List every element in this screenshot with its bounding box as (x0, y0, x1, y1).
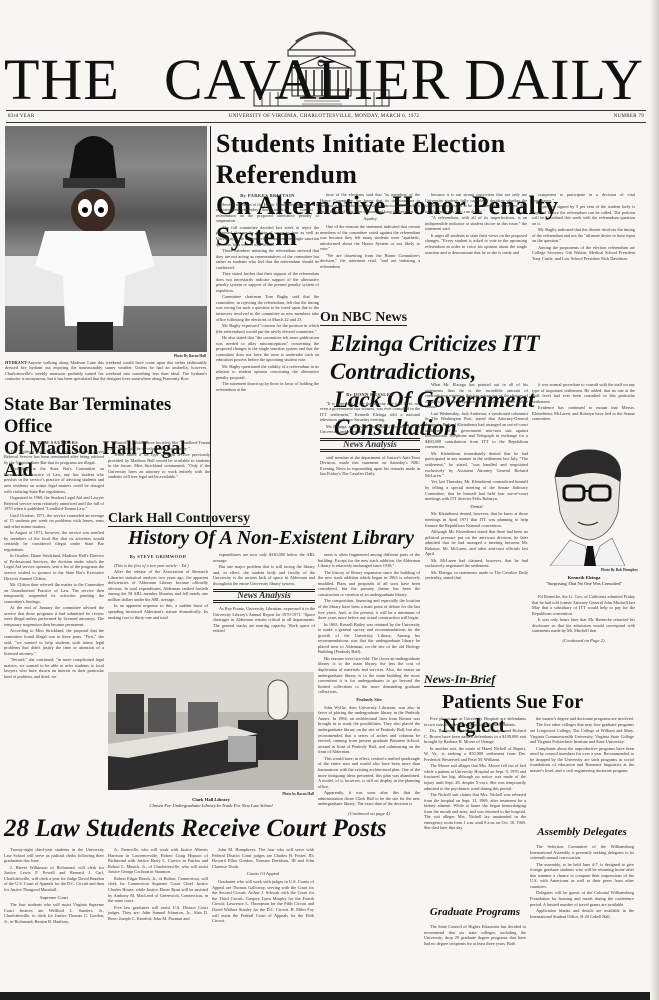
paragraph: expenditures are now only $330,000 below… (213, 552, 315, 563)
itt-col2: What Mr. Elzinga has pointed out in all … (425, 382, 528, 582)
legal-aid-col2: wanted to publish more booklets like "La… (108, 440, 210, 481)
itt-subhead-denial: Denial (425, 504, 528, 510)
paragraph: According to the State Bar's Committee o… (4, 466, 104, 494)
caption-text: Anyone walking along Madison Lane this w… (5, 360, 207, 381)
paragraph: Mr. Kleindienst denied, however, that he… (425, 511, 528, 528)
paragraph: Mr. Clifton then referred the matter to … (4, 582, 104, 604)
paragraph: Organized in 1969, the Student Legal Aid… (4, 495, 104, 512)
masthead: THE CAVALIER DAILY 83rd YEAR UNIVERSITY … (0, 0, 659, 122)
itt-col1: By DONN KESSLER "It is surprising to me … (320, 390, 420, 478)
paragraph: Committee chairman Tom Bagby said that t… (216, 294, 319, 322)
paragraph: the master's degree and doctorate progra… (530, 716, 634, 722)
paragraph: The Madison Hall Student Legal Aid and L… (4, 449, 104, 466)
paragraph: The Moore suit alleges that Mrs. Moore f… (424, 763, 526, 791)
paragraph: As Ray Frantz, University Librarian, exp… (213, 606, 315, 634)
honor-col4: competent to participate in a decision o… (532, 192, 635, 262)
paragraph: Mr. Bagby indicated that the dissent inv… (532, 227, 635, 244)
clark-hall-library-photo (108, 672, 314, 790)
paragraph: Robert Edgar Beach, Jr., of Bolton, Conn… (108, 876, 208, 904)
issue-number: NUMBER 79 (614, 114, 644, 119)
paragraph: Those members initiating the referendum … (216, 248, 319, 270)
paragraph: Mr. Elzinga, in statements made to The C… (425, 570, 528, 581)
paragraph: The history of library expansion since t… (318, 570, 420, 598)
honor-col1: By PARKES BRITTAIN Several members of th… (216, 191, 319, 409)
hydrant-photo-credit: Photo By Bacon Hall (150, 354, 206, 358)
paragraph: Mr. Bagby questioned the validity of a r… (216, 364, 319, 381)
itt-kicker: On NBC News (320, 310, 407, 326)
library-col3: areas is often fragmented among differen… (318, 552, 420, 984)
paragraph: "It is surprising to me that no one at a… (320, 401, 420, 423)
hydrant-photo (5, 126, 207, 352)
itt-col3b: Ed Reinecke, the Lt. Gov. of California … (532, 594, 635, 644)
paragraph: John M. Humphreys. The four who will ser… (212, 847, 314, 869)
paragraph: Five physicians at University Hospital a… (424, 716, 526, 727)
legal-aid-col1: By TOM SAUNDERS The Madison Hall Student… (4, 438, 104, 770)
paragraph: He also stated that "the committee felt … (216, 335, 319, 363)
court-headline: 28 Law Students Receive Court Posts (4, 814, 316, 844)
paragraph: wanted to publish more booklets like "La… (108, 440, 210, 451)
page-bottom-edge (0, 992, 659, 1000)
honor-col2: time of the elections said that "as memb… (320, 192, 420, 270)
paragraph: staff member at the department of Justic… (320, 455, 420, 477)
paragraph: The assembly, to be held June 4-7, is de… (530, 862, 634, 890)
itt-byline: By DONN KESSLER (320, 392, 420, 398)
paragraph: It urges all students to state their vie… (425, 233, 527, 255)
paragraph: Application blanks and details are avail… (530, 908, 634, 919)
paragraph: After the release of the Association of … (108, 569, 208, 603)
title-cavalier: CAVALIER (164, 50, 450, 110)
title-the: THE (4, 50, 120, 110)
paragraph: Although Mr. Kleindienst stated that the… (425, 529, 528, 557)
itt-news-analysis-label: News Analysis (320, 438, 420, 452)
paragraph: The five other colleges that may lose gr… (530, 722, 634, 744)
paragraph: Among the proponents of the election ref… (532, 245, 635, 262)
paragraph: The Nickell suit claims that Mrs. Nickel… (424, 792, 526, 831)
paragraph: John Wyllie, then University Librarian, … (318, 705, 420, 755)
paragraph: The four students who will assist Virgin… (4, 902, 104, 924)
itt-continued-link[interactable]: (Continued on Page 2) (532, 638, 635, 644)
paragraph: Mr. Elzinga, an assistant professor of e… (320, 424, 420, 435)
library-photo-credit: Photo by Bacon Hall (260, 792, 314, 796)
paragraph: In an apparent response to this, a sudde… (108, 603, 208, 620)
paragraph: Jr., Farmville, who will work with Justi… (108, 847, 208, 875)
paragraph: Ed Reinecke, the Lt. Gov. of California … (532, 594, 635, 616)
paragraph: "We are dissenting from the Honor Commit… (320, 253, 420, 270)
newspaper-title: THE CAVALIER DAILY (4, 50, 644, 110)
paragraph: In August of 1971, however, the service … (4, 530, 104, 552)
paragraph: According to Miss Strickland, the propos… (4, 628, 104, 656)
paragraph: Last Wednesday, Jack Anderson, a syndica… (425, 411, 528, 450)
paragraph: Five law graduates will assist U.S. Dist… (108, 905, 208, 922)
paragraph: Drs. Benjamin Lipton, Leslie E. Rudolph,… (424, 728, 526, 745)
paragraph: it was normal procedure to consult with … (532, 382, 635, 404)
paragraph: Twenty-eight third-year students in the … (4, 847, 104, 864)
library-col1: By STEVE GRIMWOOD (This is the first of … (108, 552, 208, 621)
court-col3: John M. Humphreys. The four who will ser… (212, 847, 314, 925)
elzinga-portrait (540, 442, 635, 566)
library-byline: By STEVE GRIMWOOD (108, 554, 208, 560)
newspaper-page: THE CAVALIER DAILY 83rd YEAR UNIVERSITY … (0, 0, 659, 1000)
library-headline: History Of A Non-Existent Library (128, 526, 418, 550)
honor-col3: because it is our strong conviction that… (425, 192, 527, 256)
paragraph: They stated further that their support o… (216, 271, 319, 293)
paragraph: The full committee decided last week to … (216, 225, 319, 247)
paragraph: Mr. McLaren had claimed, however, that h… (425, 558, 528, 569)
paragraph: A petition signed by 5 per cent of the s… (532, 204, 635, 226)
paragraph: At the end of January the committee advi… (4, 605, 104, 627)
paragraph: What Mr. Elzinga has pointed out in all … (425, 382, 528, 410)
paragraph: But one major problem that is still faci… (213, 564, 315, 586)
court-subhead-supreme: Supreme Court (4, 895, 104, 901)
paragraph: Mr. Kleindienst immediately denied that … (425, 451, 528, 479)
court-col1: Twenty-eight third-year students in the … (4, 847, 104, 987)
paragraph: The statement drawn up by those in favor… (216, 381, 319, 392)
paragraph: time of the elections said that "as memb… (320, 192, 420, 214)
volume-label: 83rd YEAR (8, 114, 35, 119)
paragraph: Complaints about the unproductive progra… (530, 746, 634, 774)
paragraph: Apparently, it was soon after this that … (318, 790, 420, 807)
grad-col1: The State Council of Higher Education ha… (424, 924, 526, 947)
court-subhead-appeal: Courts Of Appeal (212, 871, 314, 877)
paragraph: "A referendum, with all of its imperfect… (425, 215, 527, 232)
library-caption-block: Clark Hall Library Chosen For Undergradu… (108, 797, 314, 809)
dateline: UNIVERSITY OF VIRGINIA, CHARLOTTESVILLE,… (229, 114, 419, 119)
court-col2: Jr., Farmville, who will work with Justi… (108, 847, 208, 922)
dateline-bar: 83rd YEAR UNIVERSITY OF VIRGINIA, CHARLO… (6, 110, 646, 123)
paragraph: The composition, financing and especiall… (318, 598, 420, 620)
paragraph: Yet, last Thursday, Mr. Kleindienst cont… (425, 479, 528, 501)
paragraph: The Selection Committee of the Williamsb… (530, 844, 634, 861)
paragraph: J. Harvie Wilkinson of Richmond, will cl… (4, 865, 104, 893)
paragraph: In another suit, the estate of Hazel Nic… (424, 746, 526, 763)
paragraph: Until October, 1971, the service counsel… (4, 513, 104, 530)
honor-subhead-apathy: Apathy (320, 216, 420, 222)
honor-byline: By PARKES BRITTAIN (216, 193, 319, 199)
paragraph: Delegates will be guests of the Colonial… (530, 890, 634, 907)
news-in-brief-kicker: News-In-Brief (424, 672, 495, 687)
honor-headline-line1: Students Initiate Election Referendum (216, 128, 646, 190)
assembly-headline: Assembly Delegates (530, 826, 634, 838)
paragraph: It was only hours later that Mr. Reineck… (532, 617, 635, 634)
page-right-edge (650, 0, 659, 1000)
library-photo-caption: Chosen For Undergraduate Library In Trad… (108, 803, 314, 809)
paragraph: One of the reasons the statement indicat… (320, 224, 420, 252)
library-col2: expenditures are now only $330,000 below… (213, 552, 315, 635)
column-rule (210, 126, 211, 526)
library-kicker: Clark Hall Controversy (108, 511, 250, 527)
itt-headline-line1: Elzinga Criticizes ITT Contradictions, (330, 330, 650, 386)
library-subhead-peabody: Peabody Site (318, 697, 420, 703)
paragraph: areas is often fragmented among differen… (318, 552, 420, 569)
legal-aid-byline: By TOM SAUNDERS (4, 440, 104, 446)
legal-aid-headline-line1: State Bar Terminates Office (4, 394, 210, 438)
assembly-col1: The Selection Committee of the Williamsb… (530, 844, 634, 920)
elzinga-caption-block: Kenneth Elzinga "Surprising That No One … (530, 575, 638, 587)
paragraph: His reasons were two-fold. The closer an… (318, 656, 420, 695)
library-editor-note: (This is the first of a two-part article… (108, 563, 208, 569)
paragraph: In 1963, Russell Bailey was retained by … (318, 622, 420, 656)
paragraph: This would have, in effect, created a un… (318, 756, 420, 790)
title-daily: DAILY (464, 50, 644, 110)
paragraph: competent to participate in a decision o… (532, 192, 635, 203)
caption-lead: HYDRANT- (5, 360, 28, 365)
paragraph: In October, Diane Strickland, Madison Ha… (4, 553, 104, 581)
elzinga-photo-credit: Photo By Bob Humphry (560, 568, 638, 572)
paragraph: Mr. Bagby expressed "concern for the pos… (216, 323, 319, 334)
patients-col2: the master's degree and doctorate progra… (530, 716, 634, 774)
paragraph: because it is our strong conviction that… (425, 192, 527, 214)
paragraph: "Second," she continued, "in more compli… (4, 657, 104, 679)
paragraph: Several members of the Honor Committee a… (216, 202, 319, 224)
itt-col3: it was normal procedure to consult with … (532, 382, 635, 423)
paragraph: The State Council of Higher Education ha… (424, 924, 526, 946)
elzinga-photo-caption: "Surprising That No One Was Consulted" (530, 581, 638, 587)
patients-col1: Five physicians at University Hospital a… (424, 716, 526, 832)
paragraph: Graduates who will work with judges in U… (212, 879, 314, 924)
library-news-analysis-label: News Analysis (213, 589, 315, 603)
paragraph: Evidence has continued to mount that Mes… (532, 405, 635, 422)
hydrant-photo-caption: HYDRANT-Anyone walking along Madison Lan… (5, 360, 207, 382)
paragraph: When asked if the type of legal service … (108, 452, 210, 480)
grad-programs-headline: Graduate Programs (424, 906, 526, 918)
